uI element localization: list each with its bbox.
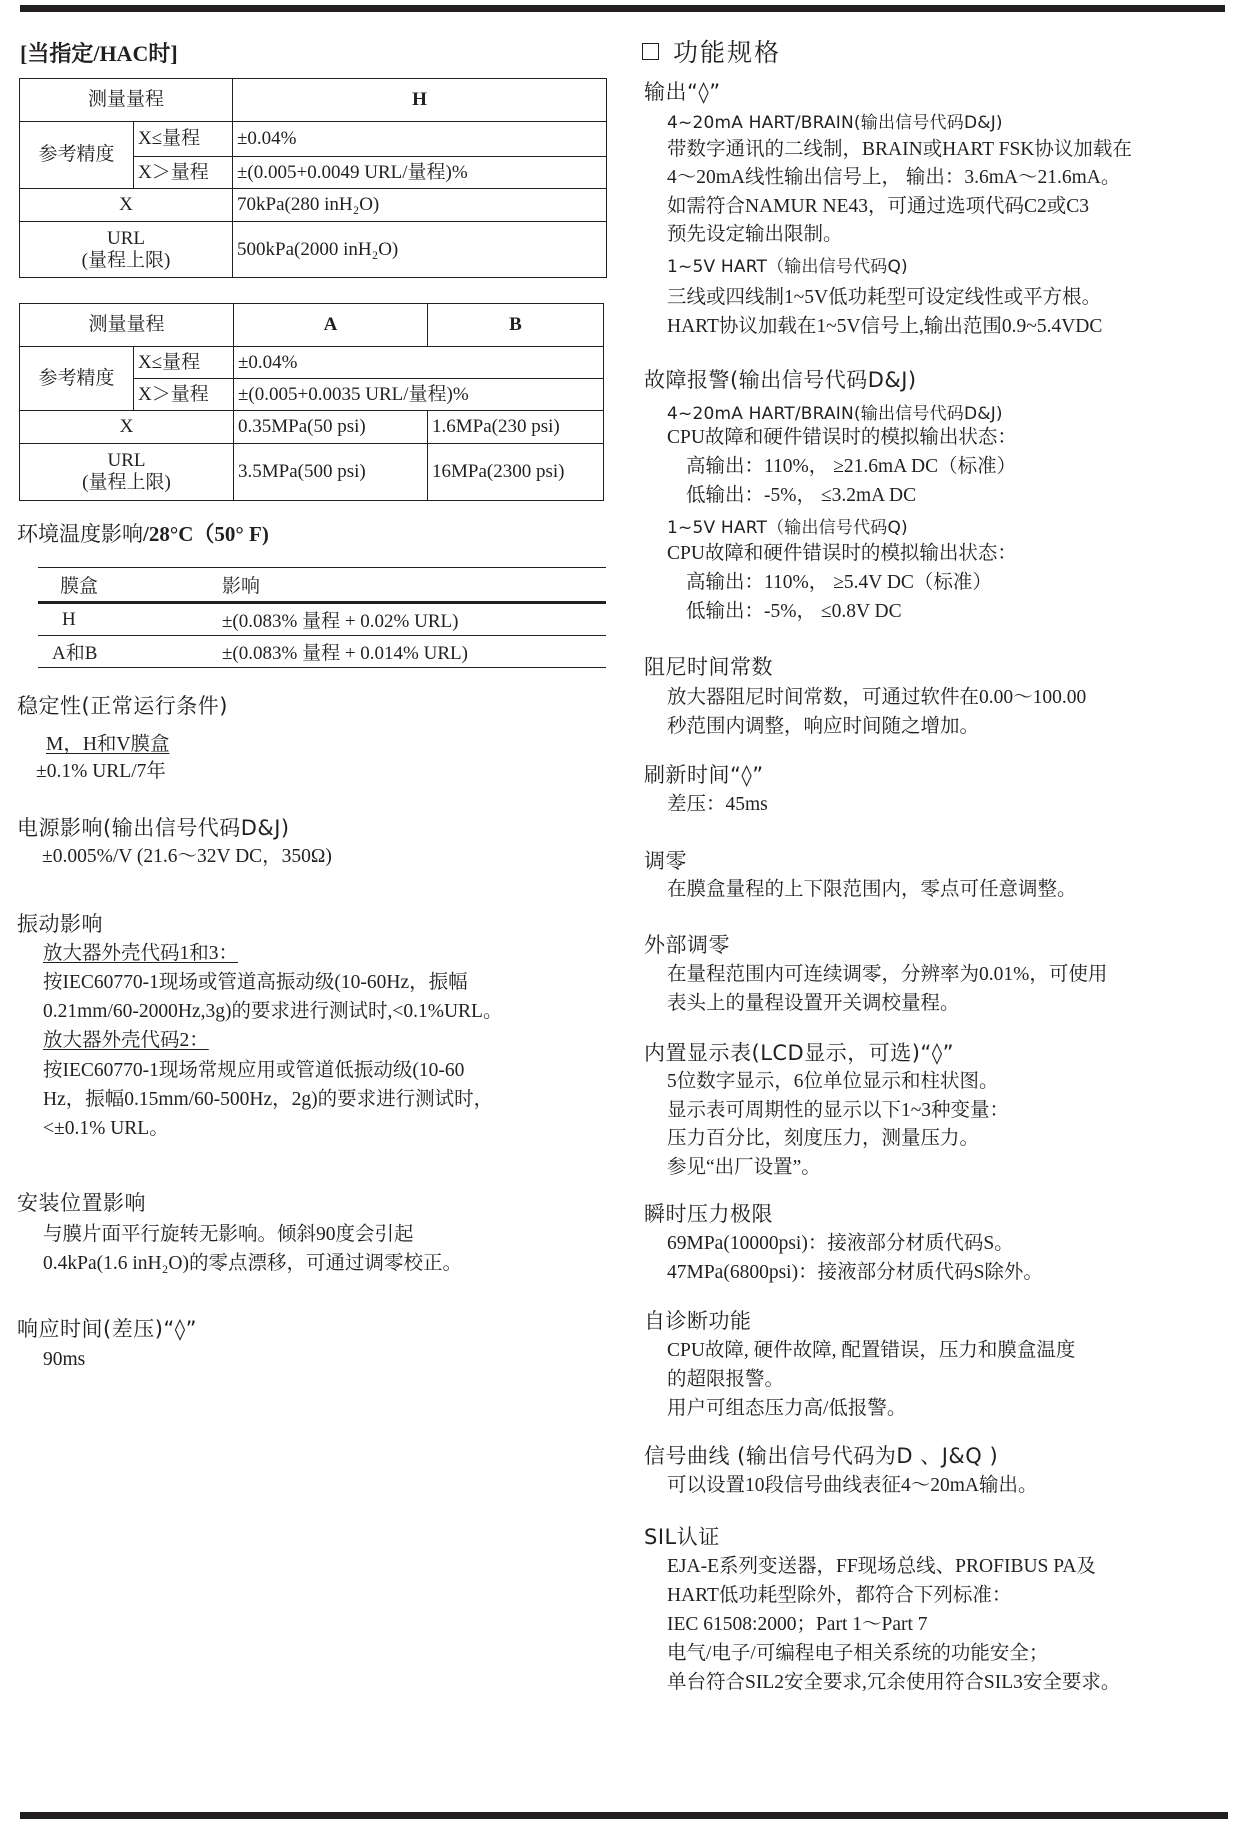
vibration-sub2: 放大器外壳代码2： [43, 1027, 209, 1054]
diagnostics-line: 的超限报警。 [667, 1366, 784, 1393]
url-value-a: 3.5MPa(500 psi) [234, 444, 428, 501]
ambient-title-value: /28°C（50° F) [143, 522, 269, 546]
power-title: 电源影响(输出信号代码D&J) [17, 812, 290, 842]
ambient-title: 环境温度影响/28°C（50° F) [17, 518, 269, 548]
header-label: 测量量程 [20, 304, 234, 347]
vibration-line1: 按IEC60770-1现场或管道高振动级(10-60Hz，振幅 [43, 969, 468, 996]
stability-sub: M，H和V膜盒 [46, 731, 170, 758]
damping-line2: 秒范围内调整，响应时间随之增加。 [667, 713, 979, 740]
failure-alarm-title: 故障报警(输出信号代码D&J) [644, 364, 917, 394]
right-column: 功能规格 输出“◊” 4~20mA HART/BRAIN(输出信号代码D&J) … [620, 0, 1252, 1829]
failure-alarm-sub2: 1~5V HART（输出信号代码Q) [667, 513, 908, 538]
x-value-b: 1.6MPa(230 psi) [428, 411, 604, 444]
output-line: 预先设定输出限制。 [667, 221, 843, 248]
ambient-title-cn: 环境温度影响 [17, 522, 143, 546]
row-gt-value: ±(0.005+0.0049 URL/量程)% [233, 157, 607, 189]
mounting-line1: 与膜片面平行旋转无影响。倾斜90度会引起 [43, 1221, 414, 1248]
stability-value: ±0.1% URL/7年 [36, 758, 166, 785]
row-le-value: ±0.04% [233, 122, 607, 157]
display-line: 压力百分比，刻度压力，测量压力。 [667, 1125, 979, 1152]
x-label: X [20, 411, 234, 444]
sil-line: 电气/电子/可编程电子相关系统的功能安全； [667, 1640, 1048, 1667]
damping-line1: 放大器阻尼时间常数，可通过软件在0.00～100.00 [667, 684, 1086, 711]
ext-zero-line2: 表头上的量程设置开关调校量程。 [667, 990, 960, 1017]
stability-title: 稳定性(正常运行条件) [17, 690, 228, 720]
url-sublabel: (量程上限) [24, 472, 229, 494]
row-effect: ±(0.083% 量程 + 0.02% URL) [222, 603, 606, 636]
spec-table-ab: 测量量程 A B 参考精度 X≤量程 ±0.04% X＞量程 ±(0.005+0… [19, 303, 604, 501]
vibration-title: 振动影响 [17, 908, 103, 938]
row-gt-label: X＞量程 [134, 379, 234, 411]
vibration-line3: 按IEC60770-1现场常规应用或管道低振动级(10-60 [43, 1057, 464, 1084]
failure-alarm-high1: 高输出：110%， ≥21.6mA DC（标准） [686, 453, 1016, 480]
output-line: 4～20mA线性输出信号上， 输出：3.6mA～21.6mA。 [667, 164, 1120, 191]
row-capsule: A和B [38, 636, 222, 668]
mounting-line2: 0.4kPa(1.6 inH₂O)的零点漂移，可通过调零校正。 [43, 1250, 462, 1277]
output-sub2: 1~5V HART（输出信号代码Q) [667, 252, 908, 277]
ambient-table: 膜盒 影响 H ±(0.083% 量程 + 0.02% URL) A和B ±(0… [38, 567, 606, 668]
diagnostics-title: 自诊断功能 [644, 1305, 752, 1335]
diagnostics-line: 用户可组态压力高/低报警。 [667, 1395, 906, 1422]
output-sub1: 4~20mA HART/BRAIN(输出信号代码D&J) [667, 108, 1003, 133]
burst-line2: 47MPa(6800psi)：接液部分材质代码S除外。 [667, 1259, 1043, 1286]
display-title: 内置显示表(LCD显示，可选)“◊” [644, 1037, 954, 1067]
curve-value: 可以设置10段信号曲线表征4～20mA输出。 [667, 1472, 1038, 1499]
failure-alarm-state2: CPU故障和硬件错误时的模拟输出状态： [667, 540, 1017, 567]
x-value: 70kPa(280 inH₂O) [233, 189, 607, 222]
output-line: 带数字通讯的二线制，BRAIN或HART FSK协议加载在 [667, 136, 1132, 163]
damping-title: 阻尼时间常数 [644, 651, 773, 681]
output-line: 如需符合NAMUR NE43，可通过选项代码C2或C3 [667, 193, 1089, 220]
power-value: ±0.005%/V (21.6～32V DC，350Ω) [42, 843, 332, 870]
burst-line1: 69MPa(10000psi)：接液部分材质代码S。 [667, 1230, 1014, 1257]
row-le-label: X≤量程 [134, 122, 233, 157]
display-line: 5位数字显示，6位单位显示和柱状图。 [667, 1068, 999, 1095]
failure-alarm-low2: 低输出：-5%， ≤0.8V DC [686, 598, 902, 625]
col-capsule: 膜盒 [38, 568, 222, 603]
burst-title: 瞬时压力极限 [644, 1198, 773, 1228]
row-le-label: X≤量程 [134, 347, 234, 379]
row-le-value: ±0.04% [234, 347, 604, 379]
sil-line: EJA-E系列变送器，FF现场总线、PROFIBUS PA及 [667, 1553, 1096, 1580]
url-label: URL [24, 450, 229, 472]
row-capsule: H [38, 603, 222, 636]
vibration-line4: Hz，振幅0.15mm/60-500Hz，2g)的要求进行测试时， [43, 1086, 493, 1113]
response-value: 90ms [43, 1346, 85, 1373]
bottom-rule [20, 1812, 1228, 1819]
display-line: 参见“出厂设置”。 [667, 1154, 821, 1181]
col-effect: 影响 [222, 568, 606, 603]
accuracy-label: 参考精度 [20, 122, 134, 189]
sil-line: IEC 61508:2000；Part 1～Part 7 [667, 1611, 928, 1638]
response-title: 响应时间(差压)“◊” [17, 1313, 197, 1343]
output-line: 三线或四线制1~5V低功耗型可设定线性或平方根。 [667, 284, 1101, 311]
url-label-cell: URL (量程上限) [20, 444, 234, 501]
url-value-b: 16MPa(2300 psi) [428, 444, 604, 501]
row-effect: ±(0.083% 量程 + 0.014% URL) [222, 636, 606, 668]
row-gt-value: ±(0.005+0.0035 URL/量程)% [234, 379, 604, 411]
header-col-a: A [234, 304, 428, 347]
url-label-cell: URL (量程上限) [20, 222, 233, 278]
output-line: HART协议加载在1~5V信号上,输出范围0.9~5.4VDC [667, 313, 1102, 340]
ext-zero-title: 外部调零 [644, 929, 730, 959]
curve-title: 信号曲线 (输出信号代码为D 、J&Q ) [644, 1440, 998, 1470]
url-label: URL [24, 228, 228, 250]
url-sublabel: (量程上限) [24, 250, 228, 272]
update-value: 差压：45ms [667, 791, 768, 818]
section-title-text: 功能规格 [673, 38, 781, 67]
spec-table-h: 测量量程 H 参考精度 X≤量程 ±0.04% X＞量程 ±(0.005+0.0… [19, 78, 607, 278]
failure-alarm-high2: 高输出：110%， ≥5.4V DC（标准） [686, 569, 992, 596]
vibration-sub1: 放大器外壳代码1和3： [43, 940, 238, 967]
zero-value: 在膜盒量程的上下限范围内，零点可任意调整。 [667, 876, 1077, 903]
square-icon [642, 43, 659, 60]
sil-line: HART低功耗型除外，都符合下列标准： [667, 1582, 1011, 1609]
url-value: 500kPa(2000 inH₂O) [233, 222, 607, 278]
failure-alarm-low1: 低输出：-5%， ≤3.2mA DC [686, 482, 916, 509]
zero-title: 调零 [644, 845, 687, 875]
accuracy-label: 参考精度 [20, 347, 134, 411]
x-label: X [20, 189, 233, 222]
mounting-title: 安装位置影响 [17, 1187, 146, 1217]
vibration-line2: 0.21mm/60-2000Hz,3g)的要求进行测试时,<0.1%URL。 [43, 998, 502, 1025]
diagnostics-line: CPU故障, 硬件故障, 配置错误，压力和膜盒温度 [667, 1337, 1075, 1364]
output-title: 输出“◊” [644, 76, 721, 106]
x-value-a: 0.35MPa(50 psi) [234, 411, 428, 444]
row-gt-label: X＞量程 [134, 157, 233, 189]
section-title: 功能规格 [642, 33, 781, 69]
sil-line: 单台符合SIL2安全要求,冗余使用符合SIL3安全要求。 [667, 1669, 1120, 1696]
display-line: 显示表可周期性的显示以下1~3种变量： [667, 1097, 1009, 1124]
sil-title: SIL认证 [644, 1521, 720, 1551]
header-label: 测量量程 [20, 79, 233, 122]
header-col-h: H [233, 79, 607, 122]
header-col-b: B [428, 304, 604, 347]
hac-title: [当指定/HAC时] [20, 37, 178, 68]
update-title: 刷新时间“◊” [644, 759, 764, 789]
ext-zero-line1: 在量程范围内可连续调零，分辨率为0.01%，可使用 [667, 961, 1107, 988]
vibration-line5: <±0.1% URL。 [43, 1115, 169, 1142]
failure-alarm-state1: CPU故障和硬件错误时的模拟输出状态： [667, 424, 1017, 451]
failure-alarm-sub1: 4~20mA HART/BRAIN(输出信号代码D&J) [667, 399, 1003, 424]
